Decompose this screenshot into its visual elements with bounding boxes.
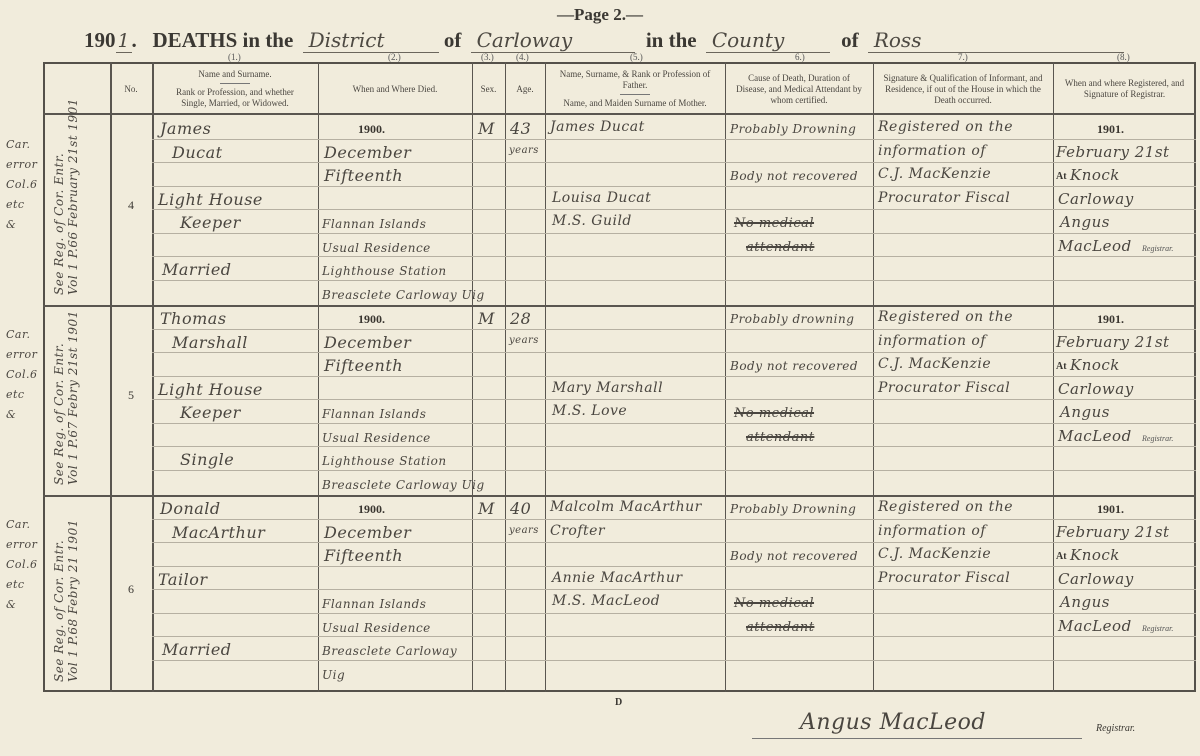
death-date: December [324, 143, 411, 162]
margin-annotation-line: Col.6 [6, 175, 46, 195]
county-value: Ross [868, 28, 1124, 53]
header-name-bottom: Rank or Profession, and whether Single, … [152, 87, 318, 109]
mother-name: M.S. Love [552, 403, 627, 419]
age-unit: years [509, 525, 539, 536]
margin-annotation: Car.errorCol.6etc& [6, 135, 46, 235]
margin-annotation-line: error [6, 155, 46, 175]
registration-date: February 21st [1056, 143, 1170, 161]
informant-line: C.J. MacKenzie [878, 356, 991, 372]
entry-number: 5 [110, 388, 152, 403]
header-registered-label: When and where Registered, and Signature… [1063, 78, 1186, 100]
margin-annotation: Car.errorCol.6etc& [6, 325, 46, 425]
column-divider [725, 62, 726, 692]
header-sex-label: Sex. [472, 84, 505, 95]
ruled-line [152, 589, 1196, 590]
sex: M [478, 309, 495, 328]
ruled-line [152, 423, 1196, 424]
registration-at-label: At [1056, 551, 1067, 562]
deceased-name: Thomas [160, 309, 227, 328]
age: 43 [510, 119, 531, 138]
informant-line: Registered on the [878, 499, 1013, 515]
header-age-label: Age. [505, 84, 545, 95]
column-number-5: (5.) [630, 52, 643, 62]
registration-year: 1901. [1097, 502, 1124, 517]
margin-annotation-line: etc [6, 385, 46, 405]
ruled-line [152, 186, 1196, 187]
header-age: Age. [505, 66, 545, 112]
margin-annotation: Car.errorCol.6etc& [6, 515, 46, 615]
ruled-line [152, 280, 1196, 281]
header-mother-label: Name, and Maiden Surname of Mother. [563, 98, 706, 109]
informant-line: information of [878, 523, 986, 539]
informant-line: Procurator Fiscal [878, 570, 1010, 586]
column-divider [873, 62, 874, 692]
informant-line: C.J. MacKenzie [878, 166, 991, 182]
death-place: Flannan Islands [322, 597, 426, 611]
cause-of-death: Probably Drowning [730, 122, 856, 136]
age-unit: years [509, 335, 539, 346]
mother-name: M.S. Guild [552, 213, 632, 229]
row-divider [43, 495, 1196, 497]
registrar-name: MacLeod [1058, 237, 1132, 255]
column-divider [472, 62, 473, 692]
of-label-2: of [841, 28, 859, 53]
age-unit: years [509, 145, 539, 156]
margin-annotation-line: Col.6 [6, 555, 46, 575]
registration-year: 1901. [1097, 312, 1124, 327]
registration-place: Knock [1070, 546, 1120, 564]
column-divider [110, 62, 112, 692]
ruled-line [152, 470, 1196, 471]
margin-annotation-line: Car. [6, 515, 46, 535]
mother-name: Louisa Ducat [552, 190, 651, 206]
marital-status: Single [180, 450, 234, 469]
column-divider [545, 62, 546, 692]
ruled-line [152, 329, 1196, 330]
ruled-line [152, 233, 1196, 234]
mother-name: Mary Marshall [552, 380, 663, 396]
column-divider [152, 62, 154, 692]
medical-attendant-struck: No medical [734, 406, 814, 421]
header-when-where-label: When and Where Died. [318, 84, 472, 95]
column-divider [505, 62, 506, 692]
margin-annotation-line: error [6, 345, 46, 365]
column-number-1: (1.) [228, 52, 241, 62]
registration-at-label: At [1056, 361, 1067, 372]
ruled-line [152, 519, 1196, 520]
death-place: Usual Residence [322, 621, 431, 635]
deceased-name: James [160, 119, 211, 138]
ruled-line [152, 352, 1196, 353]
age: 40 [510, 499, 531, 518]
informant-line: information of [878, 143, 986, 159]
ruled-line [152, 209, 1196, 210]
marital-status: Married [162, 260, 232, 279]
header-cause-label: Cause of Death, Duration of Disease, and… [733, 73, 865, 106]
corrected-entry-reference: See Reg. of Cor. Entr.Vol 1 P.66 Februar… [52, 98, 80, 295]
body-status: Body not recovered [730, 169, 858, 183]
medical-attendant-struck: No medical [734, 216, 814, 231]
death-place: Flannan Islands [322, 407, 426, 421]
sex: M [478, 119, 495, 138]
medical-attendant-struck: No medical [734, 596, 814, 611]
header-informant: Signature & Qualification of Informant, … [873, 66, 1053, 112]
corrected-entry-reference: See Reg. of Cor. Entr.Vol 1 P.68 Febry 2… [52, 519, 80, 682]
informant-line: Procurator Fiscal [878, 190, 1010, 206]
ruled-line [152, 566, 1196, 567]
column-number-4: (4.) [516, 52, 529, 62]
registration-date: February 21st [1056, 523, 1170, 541]
registration-place: Knock [1070, 166, 1120, 184]
header-name-top: Name and Surname. [152, 69, 318, 80]
header-divider [43, 113, 1196, 115]
ruled-line [152, 376, 1196, 377]
death-date: December [324, 523, 411, 542]
corrected-entry-reference-line: See Reg. of Cor. Entr. [52, 519, 66, 682]
deaths-heading: DEATHS in the [153, 28, 294, 53]
marital-status: Married [162, 640, 232, 659]
ruled-line [152, 399, 1196, 400]
header-when-where: When and Where Died. [318, 66, 472, 112]
death-date: December [324, 333, 411, 352]
ruled-line [152, 660, 1196, 661]
header-no: No. [110, 66, 152, 112]
margin-annotation-line: etc [6, 575, 46, 595]
deceased-name: Marshall [172, 333, 248, 352]
medical-attendant-struck: attendant [746, 240, 814, 255]
registrar-name: Angus [1060, 213, 1110, 231]
column-divider [318, 62, 319, 692]
corrected-entry-reference-line: Vol 1 P.66 February 21st 1901 [66, 98, 80, 295]
death-date: Fifteenth [324, 546, 403, 565]
page-number: —Page 2.— [0, 5, 1200, 25]
margin-annotation-line: & [6, 405, 46, 425]
of-label-1: of [444, 28, 462, 53]
registrar-name: Angus [1060, 593, 1110, 611]
death-year: 1900. [358, 122, 385, 137]
deceased-name: Ducat [172, 143, 223, 162]
cause-of-death: Probably Drowning [730, 502, 856, 516]
informant-line: Procurator Fiscal [878, 380, 1010, 396]
registrar-label: Registrar. [1142, 434, 1173, 443]
header-sex: Sex. [472, 66, 505, 112]
ruled-line [152, 139, 1196, 140]
margin-annotation-line: & [6, 595, 46, 615]
margin-annotation-line: Col.6 [6, 365, 46, 385]
ruled-line [152, 446, 1196, 447]
year-suffix: 1 [116, 30, 132, 53]
body-status: Body not recovered [730, 359, 858, 373]
registrar-signature-label: Registrar. [1096, 723, 1135, 734]
ruled-line [152, 613, 1196, 614]
registrar-name: MacLeod [1058, 427, 1132, 445]
header-cause: Cause of Death, Duration of Disease, and… [725, 66, 873, 112]
header-parents: Name, Surname, & Rank or Profession of F… [545, 66, 725, 112]
column-number-6: 6.) [795, 52, 805, 62]
death-place: Breasclete Carloway Uig [322, 288, 485, 302]
ruled-line [152, 542, 1196, 543]
header-no-label: No. [110, 84, 152, 95]
registrar-name: MacLeod [1058, 617, 1132, 635]
death-place: Breasclete Carloway Uig [322, 478, 485, 492]
corrected-entry-reference-line: See Reg. of Cor. Entr. [52, 98, 66, 295]
ruled-line [152, 162, 1196, 163]
deceased-profession: Keeper [180, 213, 241, 232]
margin-annotation-line: error [6, 535, 46, 555]
ruled-line [152, 636, 1196, 637]
informant-line: information of [878, 333, 986, 349]
age: 28 [510, 309, 531, 328]
medical-attendant-struck: attendant [746, 430, 814, 445]
death-place: Breasclete Carloway [322, 644, 457, 658]
corrected-entry-reference: See Reg. of Cor. Entr.Vol 1 P.67 Febry 2… [52, 310, 80, 485]
header-name: Name and Surname. Rank or Profession, an… [152, 66, 318, 112]
deceased-profession: Light House [158, 190, 263, 209]
deceased-name: MacArthur [172, 523, 265, 542]
death-year: 1900. [358, 502, 385, 517]
registration-date: February 21st [1056, 333, 1170, 351]
ruled-line [152, 256, 1196, 257]
death-place: Usual Residence [322, 241, 431, 255]
margin-annotation-line: Car. [6, 135, 46, 155]
registration-place: Carloway [1058, 190, 1134, 208]
header-divider [220, 83, 250, 84]
death-place: Uig [322, 668, 345, 682]
header-divider [620, 94, 650, 95]
in-the-label: in the [646, 28, 697, 53]
registrar-label: Registrar. [1142, 624, 1173, 633]
margin-annotation-line: etc [6, 195, 46, 215]
deceased-profession: Keeper [180, 403, 241, 422]
cause-of-death: Probably drowning [730, 312, 854, 326]
deceased-profession: Tailor [158, 570, 207, 589]
margin-annotation-line: & [6, 215, 46, 235]
corrected-entry-reference-line: Vol 1 P.67 Febry 21st 1901 [66, 310, 80, 485]
entry-number: 6 [110, 582, 152, 597]
death-place: Lighthouse Station [322, 454, 447, 468]
informant-line: Registered on the [878, 119, 1013, 135]
registration-place: Knock [1070, 356, 1120, 374]
district-value: Carloway [471, 28, 635, 53]
death-date: Fifteenth [324, 356, 403, 375]
father-name: Malcolm MacArthur [550, 499, 702, 515]
header-informant-label: Signature & Qualification of Informant, … [879, 73, 1047, 106]
death-date: Fifteenth [324, 166, 403, 185]
signature-line [752, 738, 1082, 739]
header-father-label: Name, Surname, & Rank or Profession of F… [545, 69, 725, 91]
column-divider [1053, 62, 1054, 692]
deceased-profession: Light House [158, 380, 263, 399]
margin-annotation-line: Car. [6, 325, 46, 345]
header-registered: When and where Registered, and Signature… [1053, 66, 1196, 112]
registrar-name: Angus [1060, 403, 1110, 421]
register-heading: 1901. DEATHS in the District of Carloway… [84, 28, 1124, 53]
death-place: Lighthouse Station [322, 264, 447, 278]
column-number-2: (2.) [388, 52, 401, 62]
death-place: Usual Residence [322, 431, 431, 445]
registration-place: Carloway [1058, 380, 1134, 398]
death-place: Flannan Islands [322, 217, 426, 231]
father-name: James Ducat [550, 119, 645, 135]
registrar-label: Registrar. [1142, 244, 1173, 253]
mother-name: M.S. MacLeod [552, 593, 660, 609]
registration-year: 1901. [1097, 122, 1124, 137]
body-status: Body not recovered [730, 549, 858, 563]
district-label: District [303, 28, 439, 53]
father-name: Crofter [550, 523, 605, 539]
registration-place: Carloway [1058, 570, 1134, 588]
informant-line: C.J. MacKenzie [878, 546, 991, 562]
entry-number: 4 [110, 198, 152, 213]
deceased-name: Donald [160, 499, 221, 518]
corrected-entry-reference-line: Vol 1 P.68 Febry 21 1901 [66, 519, 80, 682]
column-number-3: (3.) [481, 52, 494, 62]
county-label: County [706, 28, 830, 53]
sex: M [478, 499, 495, 518]
mother-name: Annie MacArthur [552, 570, 683, 586]
registrar-signature: Angus MacLeod [800, 710, 986, 735]
footer-mark: D [615, 697, 622, 708]
year-prefix: 190 [84, 28, 116, 53]
column-number-7: 7.) [958, 52, 968, 62]
death-year: 1900. [358, 312, 385, 327]
medical-attendant-struck: attendant [746, 620, 814, 635]
registration-at-label: At [1056, 171, 1067, 182]
row-divider [43, 305, 1196, 307]
corrected-entry-reference-line: See Reg. of Cor. Entr. [52, 310, 66, 485]
informant-line: Registered on the [878, 309, 1013, 325]
column-number-8: (8.) [1117, 52, 1130, 62]
